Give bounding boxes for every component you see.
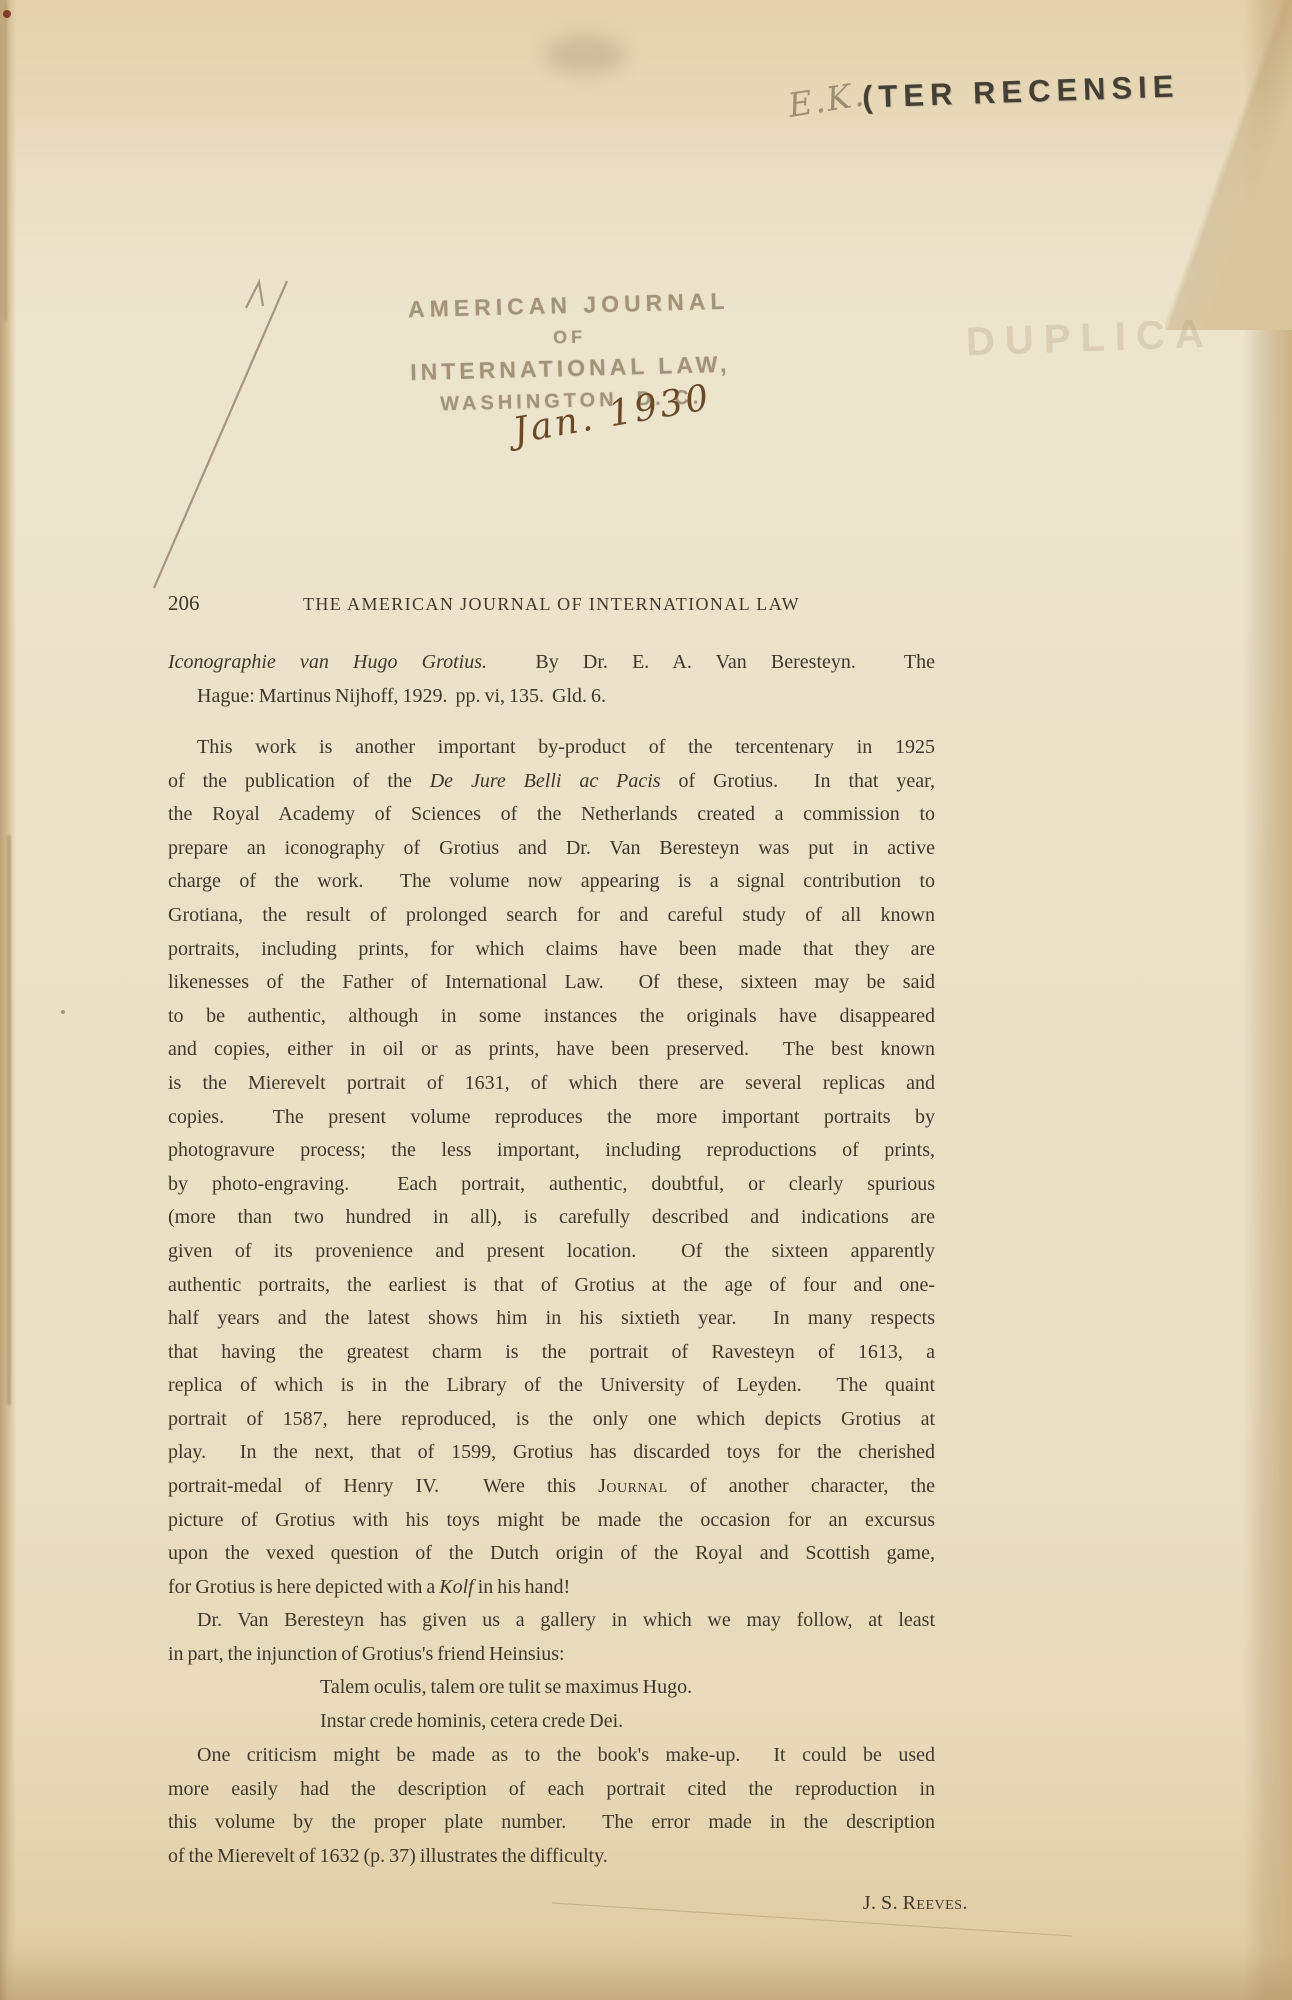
- text-line: that having the greatest charm is the po…: [168, 1336, 935, 1370]
- text-line: in part, the injunction of Grotius's fri…: [168, 1638, 935, 1672]
- text-line: copies. The present volume reproduces th…: [168, 1101, 935, 1135]
- top-smudge: [545, 35, 625, 75]
- review-paragraph-2: Dr. Van Beresteyn has given us a gallery…: [168, 1604, 935, 1671]
- text-line: authentic portraits, the earliest is tha…: [168, 1269, 935, 1303]
- text-line: the Royal Academy of Sciences of the Net…: [168, 798, 935, 832]
- text-line: of the Mierevelt of 1632 (p. 37) illustr…: [168, 1840, 935, 1874]
- text-line: play. In the next, that of 1599, Grotius…: [168, 1436, 935, 1470]
- review-paragraph-3: One criticism might be made as to the bo…: [168, 1739, 935, 1873]
- text-line: Grotiana, the result of prolonged search…: [168, 899, 935, 933]
- pencil-initials: E.K.: [785, 74, 868, 125]
- text-line: portrait-medal of Henry IV. Were this Jo…: [168, 1470, 935, 1504]
- text-line: for Grotius is here depicted with a Kolf…: [168, 1571, 935, 1605]
- text-line: picture of Grotius with his toys might b…: [168, 1504, 935, 1538]
- left-edge-ridge: [7, 835, 11, 1405]
- text-line: this volume by the proper plate number. …: [168, 1806, 935, 1840]
- text-line: likenesses of the Father of Internationa…: [168, 966, 935, 1000]
- reviewer-signature: J. S. Reeves.: [168, 1887, 968, 1921]
- text-line: Iconographie van Hugo Grotius. By Dr. E.…: [168, 646, 935, 680]
- review-paragraph-1: This work is another important by-produc…: [168, 731, 935, 1604]
- ter-recensie-stamp: (TER RECENSIE: [861, 68, 1179, 115]
- bottom-page-edge: [0, 1952, 1292, 2000]
- text-line: by photo-engraving. Each portrait, authe…: [168, 1168, 935, 1202]
- text-line: portrait of 1587, here reproduced, is th…: [168, 1403, 935, 1437]
- left-edge-ridge-top: [4, 0, 7, 320]
- text-line: Instar crede hominis, cetera crede Dei.: [168, 1705, 935, 1739]
- latin-verse: Talem oculis, talem ore tulit se maximus…: [168, 1671, 935, 1738]
- running-header: THE AMERICAN JOURNAL OF INTERNATIONAL LA…: [168, 594, 935, 615]
- text-line: is the Mierevelt portrait of 1631, of wh…: [168, 1067, 935, 1101]
- text-line: prepare an iconography of Grotius and Dr…: [168, 832, 935, 866]
- book-citation: Iconographie van Hugo Grotius. By Dr. E.…: [168, 646, 935, 713]
- text-line: Hague: Martinus Nijhoff, 1929. pp. vi, 1…: [168, 680, 935, 714]
- text-line: Talem oculis, talem ore tulit se maximus…: [168, 1671, 935, 1705]
- text-line: to be authentic, although in some instan…: [168, 1000, 935, 1034]
- text-line: and copies, either in oil or as prints, …: [168, 1033, 935, 1067]
- text-line: This work is another important by-produc…: [168, 731, 935, 765]
- text-line: One criticism might be made as to the bo…: [168, 1739, 935, 1773]
- text-line: replica of which is in the Library of th…: [168, 1369, 935, 1403]
- text-line: half years and the latest shows him in h…: [168, 1302, 935, 1336]
- scanned-journal-page: E.K. (TER RECENSIE DUPLICA AMERICAN JOUR…: [0, 0, 1292, 2000]
- text-line: (more than two hundred in all), is caref…: [168, 1201, 935, 1235]
- text-line: of the publication of the De Jure Belli …: [168, 765, 935, 799]
- top-right-corner-fold: [1165, 0, 1292, 330]
- text-line: more easily had the description of each …: [168, 1773, 935, 1807]
- text-line: J. S. Reeves.: [168, 1887, 968, 1921]
- text-line: portraits, including prints, for which c…: [168, 933, 935, 967]
- text-line: Dr. Van Beresteyn has given us a gallery…: [168, 1604, 935, 1638]
- duplicate-stamp: DUPLICA: [965, 312, 1214, 366]
- text-line: charge of the work. The volume now appea…: [168, 865, 935, 899]
- text-line: upon the vexed question of the Dutch ori…: [168, 1537, 935, 1571]
- text-line: photogravure process; the less important…: [168, 1134, 935, 1168]
- text-line: given of its provenience and present loc…: [168, 1235, 935, 1269]
